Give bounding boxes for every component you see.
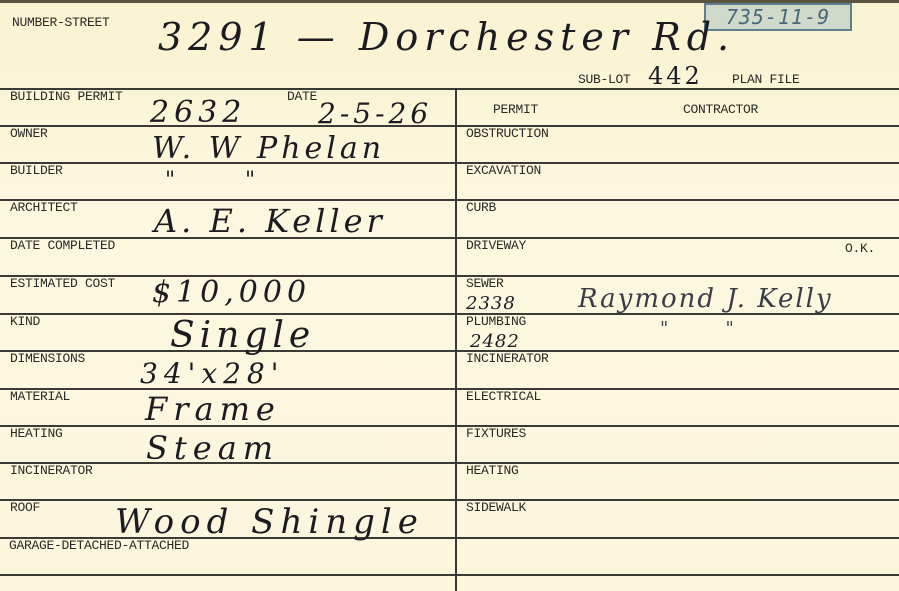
permit-label-driveway: DRIVEWAY: [466, 239, 526, 253]
number-street-label: NUMBER-STREET: [12, 16, 110, 30]
heating-value: Steam: [146, 432, 279, 464]
roof-value: Wood Shingle: [115, 505, 424, 539]
rule: [0, 425, 899, 427]
field-label-architect: ARCHITECT: [10, 201, 78, 215]
field-label-kind: KIND: [10, 315, 40, 329]
field-label-date-completed: DATE COMPLETED: [10, 239, 115, 253]
rule: [0, 199, 899, 201]
plumbing-permit-number: 2482: [470, 333, 520, 351]
rule: [0, 88, 899, 90]
rule: [0, 237, 899, 239]
rule: [0, 275, 899, 277]
rule: [0, 162, 899, 164]
field-label-heating: HEATING: [10, 427, 63, 441]
permit-card: 735-11-9 NUMBER-STREET 3291 — Dorchester…: [0, 0, 899, 591]
builder-value: " ": [165, 170, 255, 192]
permit-label-heating: HEATING: [466, 464, 519, 478]
permit-date-value: 2-5-26: [318, 100, 432, 128]
driveway-note: O.K.: [845, 242, 875, 256]
building-permit-value: 2632: [150, 98, 246, 128]
field-label-builder: BUILDER: [10, 164, 63, 178]
permit-label-plumbing: PLUMBING: [466, 315, 526, 329]
permit-column-header: PERMIT: [493, 103, 538, 117]
rule: [0, 574, 899, 576]
field-label-estimated-cost: ESTIMATED COST: [10, 277, 115, 291]
rule: [0, 462, 899, 464]
permit-label-incinerator: INCINERATOR: [466, 352, 549, 366]
estimated-cost-value: $10,000: [152, 278, 311, 308]
field-label-owner: OWNER: [10, 127, 48, 141]
sub-lot-value: 442: [648, 64, 703, 88]
material-value: Frame: [145, 393, 281, 425]
sewer-permit-number: 2338: [466, 295, 516, 313]
contractor-column-header: CONTRACTOR: [683, 103, 758, 117]
permit-label-obstruction: OBSTRUCTION: [466, 127, 549, 141]
permit-label-fixtures: FIXTURES: [466, 427, 526, 441]
plan-file-label: PLAN FILE: [732, 73, 800, 87]
rule: [0, 350, 899, 352]
number-street-value: 3291 — Dorchester Rd.: [158, 18, 735, 56]
field-label-incinerator: INCINERATOR: [10, 464, 93, 478]
architect-value: A. E. Keller: [154, 205, 386, 237]
permit-label-excavation: EXCAVATION: [466, 164, 541, 178]
field-label-date: DATE: [287, 90, 317, 104]
rule: [0, 388, 899, 390]
dimensions-value: 34'x28': [140, 360, 284, 388]
field-label-roof: ROOF: [10, 501, 40, 515]
plumbing-contractor: " ": [660, 320, 734, 338]
field-label-building-permit: BUILDING PERMIT: [10, 90, 123, 104]
field-label-dimensions: DIMENSIONS: [10, 352, 85, 366]
rule: [0, 499, 899, 501]
column-divider: [455, 88, 457, 591]
owner-value: W. W Phelan: [152, 134, 385, 164]
rule: [0, 125, 899, 127]
permit-label-curb: CURB: [466, 201, 496, 215]
permit-label-electrical: ELECTRICAL: [466, 390, 541, 404]
sub-lot-label: SUB-LOT: [578, 73, 631, 87]
sewer-contractor: Raymond J. Kelly: [578, 286, 833, 312]
permit-label-sidewalk: SIDEWALK: [466, 501, 526, 515]
permit-label-sewer: SEWER: [466, 277, 504, 291]
kind-value: Single: [170, 318, 315, 354]
field-label-material: MATERIAL: [10, 390, 70, 404]
